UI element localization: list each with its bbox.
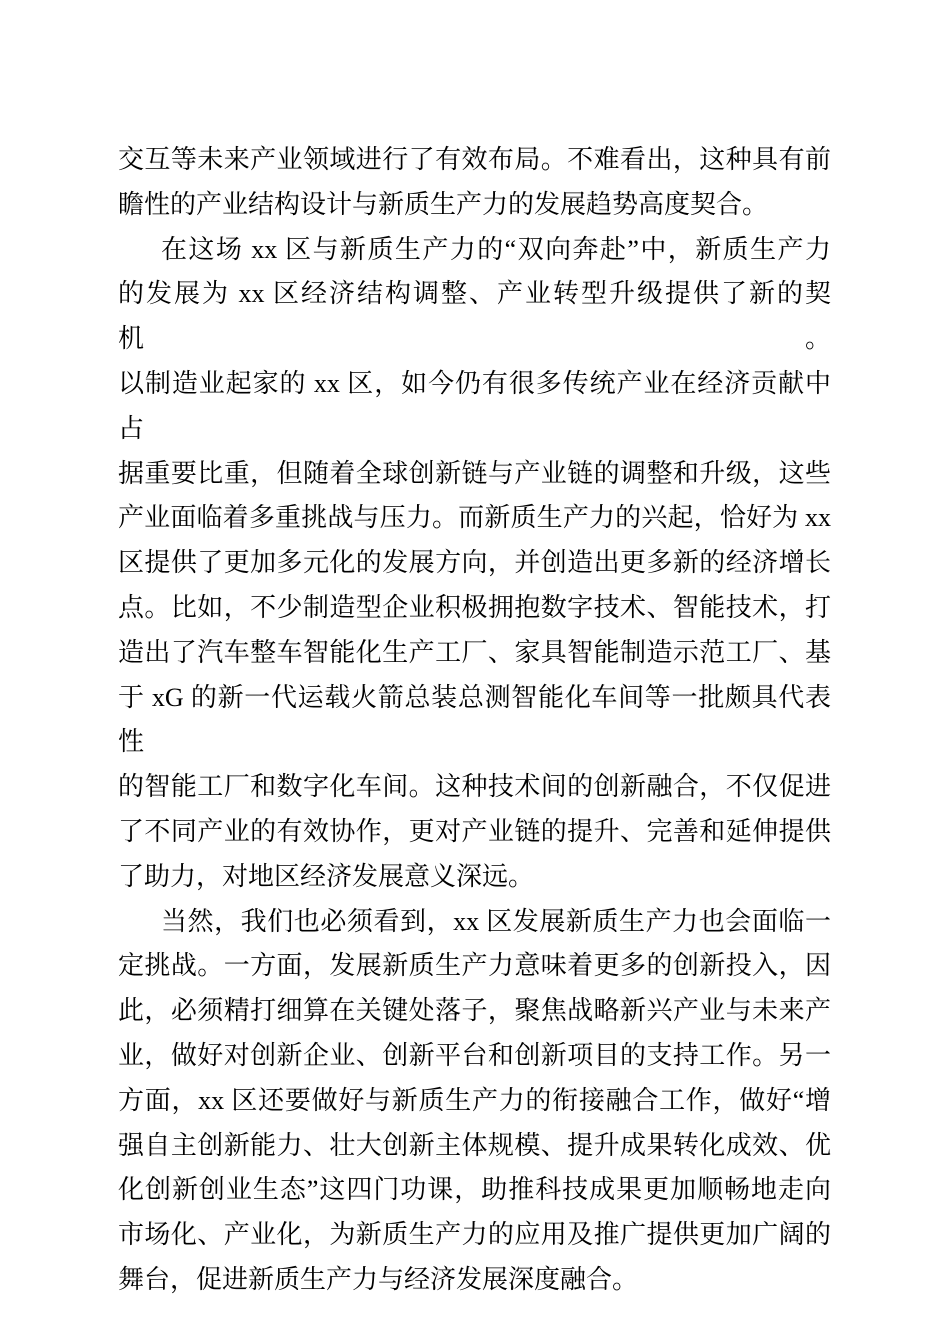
text-line: 当然，我们也必须看到，xx 区发展新质生产力也会面临一 [118,900,831,945]
text-line: 业，做好对创新企业、创新平台和创新项目的支持工作。另一 [118,1034,831,1079]
document-text-block: 交互等未来产业领域进行了有效布局。不难看出，这种具有前瞻性的产业结构设计与新质生… [118,138,831,1303]
text-line: 市场化、产业化，为新质生产力的应用及推广提供更加广阔的 [118,1213,831,1258]
text-line: 于 xG 的新一代运载火箭总装总测智能化车间等一批颇具代表性 [118,676,831,766]
paragraph-1: 交互等未来产业领域进行了有效布局。不难看出，这种具有前瞻性的产业结构设计与新质生… [118,138,831,228]
paragraph-2: 在这场 xx 区与新质生产力的“双向奔赴”中，新质生产力的发展为 xx 区经济结… [118,228,831,900]
text-line: 了助力，对地区经济发展意义深远。 [118,855,831,900]
paragraph-3: 当然，我们也必须看到，xx 区发展新质生产力也会面临一定挑战。一方面，发展新质生… [118,900,831,1303]
text-line: 产业面临着多重挑战与压力。而新质生产力的兴起，恰好为 xx [118,496,831,541]
text-line: 交互等未来产业领域进行了有效布局。不难看出，这种具有前 [118,138,831,183]
text-line: 在这场 xx 区与新质生产力的“双向奔赴”中，新质生产力 [118,228,831,273]
text-line: 定挑战。一方面，发展新质生产力意味着更多的创新投入，因 [118,944,831,989]
text-line: 瞻性的产业结构设计与新质生产力的发展趋势高度契合。 [118,183,831,228]
text-line: 的发展为 xx 区经济结构调整、产业转型升级提供了新的契机。 [118,272,831,362]
text-line: 了不同产业的有效协作，更对产业链的提升、完善和延伸提供 [118,810,831,855]
text-line: 以制造业起家的 xx 区，如今仍有很多传统产业在经济贡献中占 [118,362,831,452]
text-line: 造出了汽车整车智能化生产工厂、家具智能制造示范工厂、基 [118,631,831,676]
text-line: 区提供了更加多元化的发展方向，并创造出更多新的经济增长 [118,541,831,586]
text-line: 强自主创新能力、壮大创新主体规模、提升成果转化成效、优 [118,1124,831,1169]
text-line: 方面，xx 区还要做好与新质生产力的衔接融合工作，做好“增 [118,1079,831,1124]
text-line: 据重要比重，但随着全球创新链与产业链的调整和升级，这些 [118,452,831,497]
text-line: 舞台，促进新质生产力与经济发展深度融合。 [118,1258,831,1303]
text-line: 点。比如，不少制造型企业积极拥抱数字技术、智能技术，打 [118,586,831,631]
text-line: 化创新创业生态”这四门功课，助推科技成果更加顺畅地走向 [118,1168,831,1213]
document-page: 交互等未来产业领域进行了有效布局。不难看出，这种具有前瞻性的产业结构设计与新质生… [0,0,950,1344]
text-line: 此，必须精打细算在关键处落子，聚焦战略新兴产业与未来产 [118,989,831,1034]
text-line: 的智能工厂和数字化车间。这种技术间的创新融合，不仅促进 [118,765,831,810]
